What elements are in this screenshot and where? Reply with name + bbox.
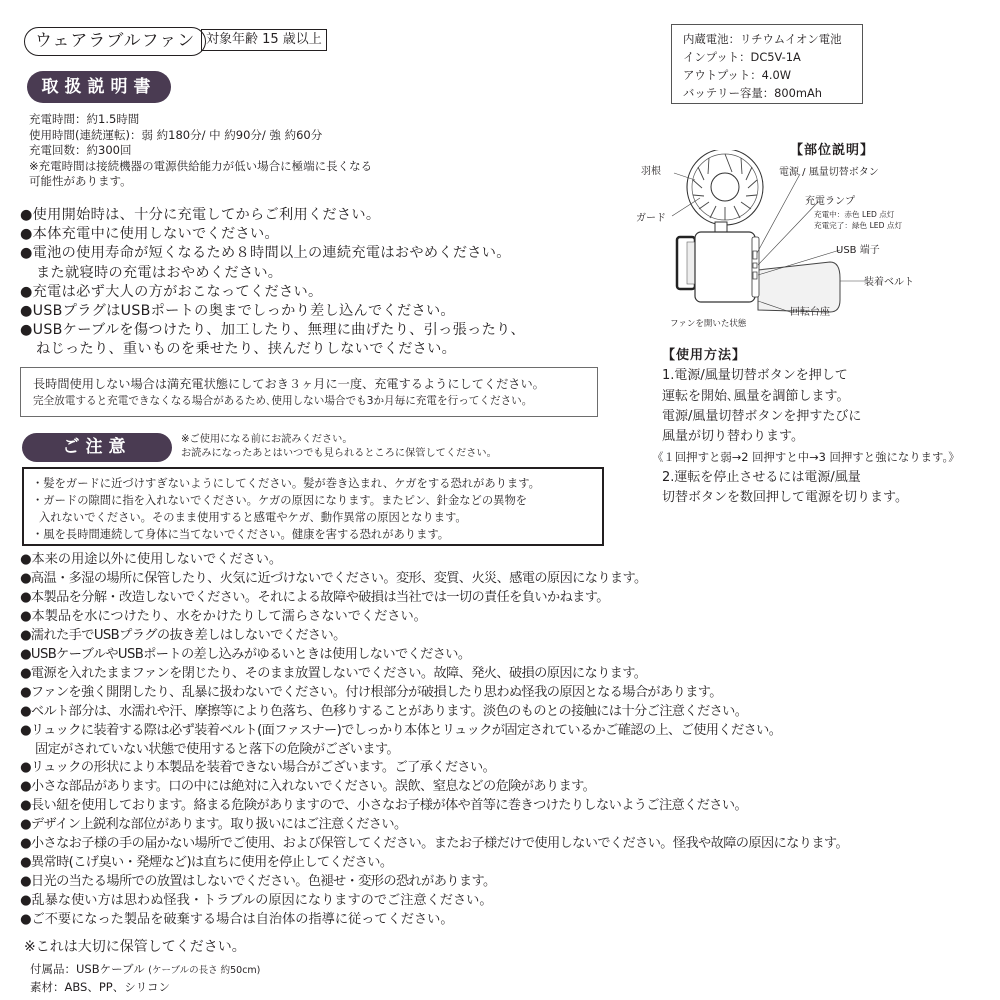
usage-line: 2.運転を停止させるには電源/風量: [662, 468, 960, 488]
list-item: ●濡れた手でUSBプラグの抜き差しはしないでください。: [20, 627, 848, 646]
storage-notice-line: 完全放電すると充電できなくなる場合があるため､使用しない場合でも3か月毎に充電を…: [33, 393, 597, 409]
label-charge-lamp: 充電ランプ: [805, 196, 855, 208]
list-item: ●本製品を水につけたり、水をかけたりして濡らさないでください。: [20, 608, 848, 627]
list-item: ●USBケーブルを傷つけたり、加工したり、無理に曲げたり、引っ張ったり、: [20, 321, 525, 340]
list-item: ●長い紐を使用しております。絡まる危険がありますので、小さなお子様が体や首等に巻…: [20, 797, 848, 816]
usage-line: 運転を開始､風量を調節します。: [662, 387, 960, 407]
charging-notes-list: ●使用開始時は、十分に充電してからご利用ください。 ●本体充電中に使用しないでく…: [20, 206, 525, 360]
list-item: ●本来の用途以外に使用しないでください。: [20, 551, 848, 570]
warning-item: ・髪をガードに近づけすぎないようにしてください。髪が巻き込まれ、ケガをする恐れが…: [32, 475, 602, 492]
charging-specs: 充電時間：約1.5時間 使用時間(連続運転)：弱 約180分/ 中 約90分/ …: [29, 112, 372, 190]
usage-line: 電源/風量切替ボタンを押すたびに: [662, 407, 960, 427]
label-belt: 装着ベルト: [864, 277, 914, 289]
list-item: ●USBケーブルやUSBポートの差し込みがゆるいときは使用しないでください。: [20, 646, 848, 665]
spec-line: 充電時間：約1.5時間: [29, 112, 372, 128]
list-item: ●ベルト部分は、水濡れや汗、摩擦等により色落ち、色移りすることがあります。淡色の…: [20, 703, 848, 722]
list-item: ●リュックの形状により本製品を装着できない場合がございます。ご了承ください。: [20, 759, 848, 778]
list-item: ●乱暴な使い方は思わぬ怪我・トラブルの原因になりますのでご注意ください。: [20, 892, 848, 911]
usage-instructions: 【使用方法】 1.電源/風量切替ボタンを押して 運転を開始､風量を調節します。 …: [662, 346, 960, 508]
list-item: ●電源を入れたままファンを閉じたり、そのまま放置しないでください。故障、発火、破…: [20, 665, 848, 684]
label-charging-status: 充電中：赤色 LED 点灯: [814, 210, 894, 220]
accessories-detail: (ケーブルの長さ 約50cm): [148, 965, 260, 976]
list-item: ●デザイン上鋭利な部位があります。取り扱いにはご注意ください。: [20, 816, 848, 835]
accessories-line: 付属品：USBケーブル (ケーブルの長さ 約50cm): [30, 961, 260, 979]
spec-line: 可能性があります。: [29, 174, 372, 190]
label-guard: ガード: [636, 213, 666, 225]
list-item: ●小さな部品があります。口の中には絶対に入れないでください。誤飲、窒息などの危険…: [20, 778, 848, 797]
list-item: ●使用開始時は、十分に充電してからご利用ください。: [20, 206, 525, 225]
label-charged-status: 充電完了：緑色 LED 点灯: [814, 221, 902, 231]
spec-line: 内蔵電池：リチウムイオン電池: [683, 30, 862, 48]
label-power-button: 電源 / 風量切替ボタン: [779, 167, 879, 179]
usage-line: 《１回押すと弱→2 回押すと中→3 回押すと強になります。》: [652, 447, 960, 467]
storage-notice-box: 長時間使用しない場合は満充電状態にしておき３ヶ月に一度、充電するようにしてくださ…: [20, 367, 598, 417]
list-item-continuation: また就寝時の充電はおやめください。: [20, 264, 525, 283]
list-item: ●小さなお子様の手の届かない場所でご使用、および保管してください。またお子様だけ…: [20, 835, 848, 854]
usage-line: 切替ボタンを数回押して電源を切ります。: [662, 488, 960, 508]
warning-box: ・髪をガードに近づけすぎないようにしてください。髪が巻き込まれ、ケガをする恐れが…: [22, 467, 604, 546]
spec-line: 充電回数：約300回: [29, 143, 372, 159]
list-item: ●リュックに装着する際は必ず装着ベルト(面ファスナー)でしっかり本体とリュックが…: [20, 722, 848, 741]
label-usb-port: USB 端子: [836, 245, 880, 257]
list-item: ●本製品を分解・改造しないでください。それによる故障や破損は当社では一切の責任を…: [20, 589, 848, 608]
usage-line: 風量が切り替わります。: [662, 427, 960, 447]
usage-line: 1.電源/風量切替ボタンを押して: [662, 366, 960, 386]
materials-line: 素材：ABS、PP、シリコン: [30, 979, 260, 996]
keep-note: ※これは大切に保管してください。: [24, 938, 246, 956]
list-item-continuation: ねじったり、重いものを乗せたり、挟んだりしないでください。: [20, 340, 525, 359]
warning-item-continuation: 入れないでください。そのまま使用すると感電やケガ、動作異常の原因となります。: [32, 509, 602, 526]
diagram-caption: ファンを開いた状態: [670, 319, 746, 329]
caution-note-line: お読みになったあとはいつでも見られるところに保管してください。: [181, 447, 497, 461]
warning-item: ・ガードの隙間に指を入れないでください。ケガの原因になります。またピン、針金など…: [32, 492, 602, 509]
caution-note-line: ※ご使用になる前にお読みください。: [181, 433, 497, 447]
age-label: 対象年齢 15 歳以上: [201, 29, 327, 51]
battery-spec-box: 内蔵電池：リチウムイオン電池 インプット：DC5V-1A アウトプット：4.0W…: [671, 24, 863, 104]
storage-notice-line: 長時間使用しない場合は満充電状態にしておき３ヶ月に一度、充電するようにしてくださ…: [33, 375, 597, 393]
label-swivel-base: 回転台座: [790, 307, 830, 319]
list-item: ●異常時(こげ臭い・発煙など)は直ちに使用を停止してください。: [20, 854, 848, 873]
list-item: ●ご不要になった製品を破棄する場合は自治体の指導に従ってください。: [20, 911, 848, 930]
warning-item: ・風を長時間連続して身体に当てないでください。健康を害する恐れがあります。: [32, 526, 602, 543]
list-item: ●ファンを強く開閉したり、乱暴に扱わないでください。付け根部分が破損したり思わぬ…: [20, 684, 848, 703]
spec-line: アウトプット：4.0W: [683, 66, 862, 84]
accessories-label: 付属品：USBケーブル: [30, 962, 145, 976]
list-item: ●高温・多湿の場所に保管したり、火気に近づけないでください。変形、変質、火災、感…: [20, 570, 848, 589]
list-item: ●電池の使用寿命が短くなるため８時間以上の連続充電はおやめください。: [20, 244, 525, 263]
spec-line: ※充電時間は接続機器の電源供給能力が低い場合に極端に長くなる: [29, 159, 372, 175]
list-item: ●本体充電中に使用しないでください。: [20, 225, 525, 244]
caution-read-note: ※ご使用になる前にお読みください。 お読みになったあとはいつでも見られるところに…: [181, 433, 497, 461]
list-item: ●日光の当たる場所での放置はしないでください。色褪せ・変形の恐れがあります。: [20, 873, 848, 892]
spec-line: 使用時間(連続運転)：弱 約180分/ 中 約90分/ 強 約60分: [29, 128, 372, 144]
caution-list: ●本来の用途以外に使用しないでください。 ●高温・多湿の場所に保管したり、火気に…: [20, 551, 848, 930]
spec-line: インプット：DC5V-1A: [683, 48, 862, 66]
caution-section-title: ご注意: [22, 433, 172, 462]
list-item-continuation: 固定がされていない状態で使用すると落下の危険がございます。: [20, 741, 848, 760]
product-name-badge: ウェアラブルファン: [24, 27, 206, 56]
label-blade: 羽根: [641, 166, 661, 178]
manual-section-title: 取扱説明書: [27, 71, 171, 103]
spec-line: バッテリー容量：800mAh: [683, 84, 862, 102]
accessories-info: 付属品：USBケーブル (ケーブルの長さ 約50cm) 素材：ABS、PP、シリ…: [30, 961, 260, 996]
list-item: ●USBプラグはUSBポートの奥までしっかり差し込んでください。: [20, 302, 525, 321]
list-item: ●充電は必ず大人の方がおこなってください。: [20, 283, 525, 302]
usage-title: 【使用方法】: [662, 346, 960, 366]
